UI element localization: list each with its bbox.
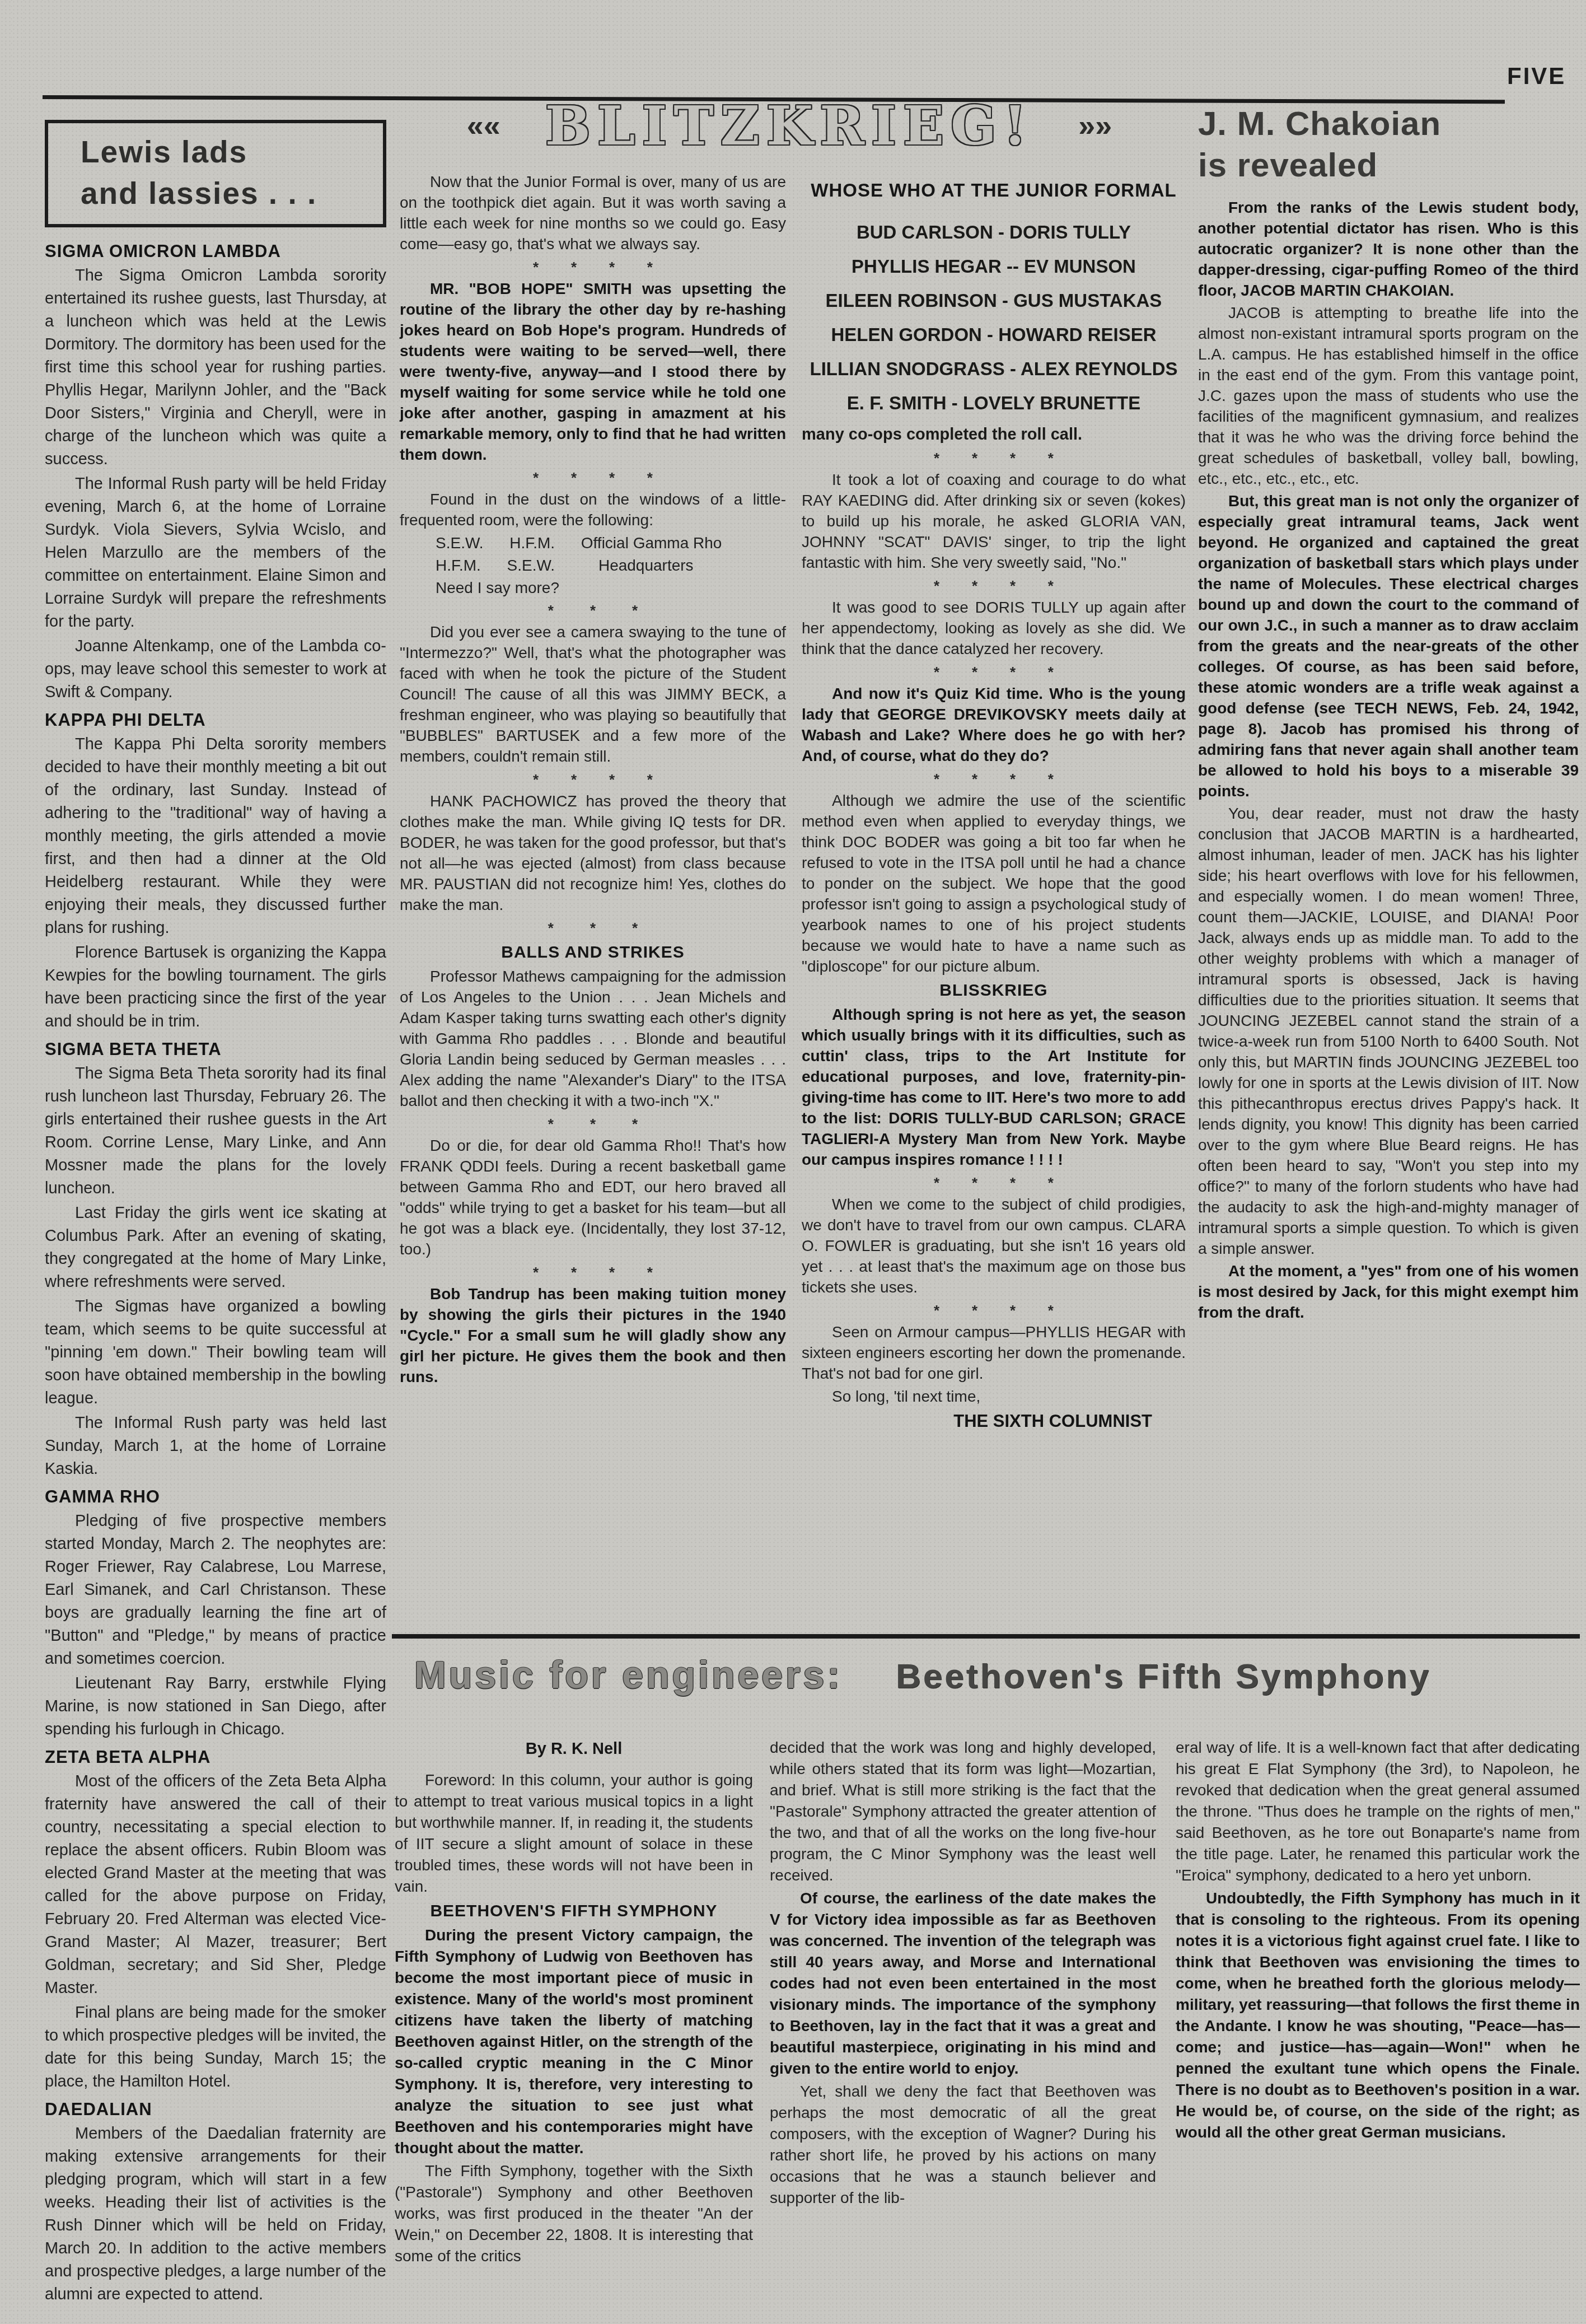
star-separator: * * * *	[802, 768, 1186, 790]
paragraph: The Sigma Omicron Lambda sorority entert…	[45, 264, 386, 471]
paragraph: Lieutenant Ray Barry, erstwhile Flying M…	[45, 1672, 386, 1741]
paragraph: Found in the dust on the windows of a li…	[400, 489, 786, 530]
music-headline-kicker: Music for engineers:	[414, 1653, 843, 1697]
star-separator: * * * *	[802, 1299, 1186, 1322]
star-separator: * * * *	[400, 1261, 786, 1284]
lewis-title-line1: Lewis lads	[81, 131, 377, 172]
section-heading-sigma-beta: SIGMA BETA THETA	[45, 1037, 386, 1062]
paragraph: Undoubtedly, the Fifth Symphony has much…	[1176, 1888, 1580, 2143]
paragraph: And now it's Quiz Kid time. Who is the y…	[802, 683, 1186, 766]
chakoian-column: From the ranks of the Lewis student body…	[1198, 197, 1579, 1324]
paragraph: Last Friday the girls went ice skating a…	[45, 1202, 386, 1294]
page-number: FIVE	[1507, 63, 1566, 90]
right-guillemets: »»	[1078, 109, 1112, 143]
section-heading-zeta-beta: ZETA BETA ALPHA	[45, 1744, 386, 1770]
music-column-3: eral way of life. It is a well-known fac…	[1176, 1737, 1580, 2145]
star-separator: * * *	[400, 599, 786, 622]
paragraph: Yet, shall we deny the fact that Beethov…	[770, 2081, 1156, 2209]
paragraph: Members of the Daedalian fraternity are …	[45, 2122, 386, 2306]
music-column-2: decided that the work was long and highl…	[770, 1737, 1156, 2210]
music-column-1: By R. K. Nell Foreword: In this column, …	[395, 1737, 753, 2269]
lewis-headline-box: Lewis lads and lassies . . .	[45, 120, 386, 227]
paragraph: Do or die, for dear old Gamma Rho!! That…	[400, 1135, 786, 1259]
blitzkrieg-column: Now that the Junior Formal is over, many…	[400, 171, 786, 1389]
couple-name: BUD CARLSON - DORIS TULLY	[802, 215, 1186, 249]
whose-who-column: WHOSE WHO AT THE JUNIOR FORMAL BUD CARLS…	[802, 178, 1186, 1434]
chakoian-headline: J. M. Chakoian is revealed	[1198, 103, 1584, 186]
paragraph: Although we admire the use of the scient…	[802, 790, 1186, 977]
couple-name: EILEEN ROBINSON - GUS MUSTAKAS	[802, 283, 1186, 318]
graffiti-line: H.F.M. S.E.W. Headquarters	[436, 554, 786, 577]
blitzkrieg-title: BLITZKRIEG!	[545, 94, 1033, 157]
paragraph: Now that the Junior Formal is over, many…	[400, 171, 786, 254]
whose-who-header: WHOSE WHO AT THE JUNIOR FORMAL	[802, 178, 1186, 203]
lewis-column: Lewis lads and lassies . . . SIGMA OMICR…	[45, 120, 386, 2308]
couple-name: PHYLLIS HEGAR -- EV MUNSON	[802, 249, 1186, 283]
graffiti-line: Need I say more?	[436, 577, 786, 599]
star-separator: * * * *	[400, 466, 786, 489]
star-separator: * * * *	[400, 256, 786, 278]
graffiti-line: S.E.W. H.F.M. Official Gamma Rho	[436, 532, 786, 554]
paragraph: At the moment, a "yes" from one of his w…	[1198, 1261, 1579, 1323]
section-heading-daedalian: DAEDALIAN	[45, 2097, 386, 2122]
star-separator: * * * *	[802, 1172, 1186, 1194]
music-section-rule	[392, 1634, 1580, 1639]
paragraph: The Informal Rush party was held last Su…	[45, 1412, 386, 1481]
paragraph: The Sigma Beta Theta sorority had its fi…	[45, 1062, 386, 1200]
paragraph: When we come to the subject of child pro…	[802, 1194, 1186, 1298]
paragraph: It took a lot of coaxing and courage to …	[802, 469, 1186, 573]
music-headline-title: Beethoven's Fifth Symphony	[896, 1656, 1431, 1696]
paragraph: HANK PACHOWICZ has proved the theory tha…	[400, 791, 786, 915]
signoff-line: So long, 'til next time,	[802, 1386, 1186, 1407]
paragraph: During the present Victory campaign, the…	[395, 1925, 753, 2159]
columnist-signature: THE SIXTH COLUMNIST	[802, 1408, 1186, 1434]
music-headline: Music for engineers: Beethoven's Fifth S…	[395, 1653, 1586, 1697]
paragraph: Professor Mathews campaigning for the ad…	[400, 966, 786, 1111]
paragraph: Most of the officers of the Zeta Beta Al…	[45, 1770, 386, 2000]
paragraph: Although spring is not here as yet, the …	[802, 1004, 1186, 1170]
paragraph: Of course, the earliness of the date mak…	[770, 1888, 1156, 2079]
star-separator: * * * *	[802, 447, 1186, 469]
subhead-beethovens-fifth: BEETHOVEN'S FIFTH SYMPHONY	[395, 1899, 753, 1924]
subhead-balls-and-strikes: BALLS AND STRIKES	[400, 940, 786, 965]
paragraph: decided that the work was long and highl…	[770, 1737, 1156, 1886]
paragraph: Florence Bartusek is organizing the Kapp…	[45, 941, 386, 1033]
chakoian-headline-line2: is revealed	[1198, 144, 1584, 186]
paragraph: You, dear reader, must not draw the hast…	[1198, 803, 1579, 1259]
paragraph: Pledging of five prospective members sta…	[45, 1510, 386, 1670]
star-separator: * * *	[400, 1113, 786, 1135]
paragraph: Did you ever see a camera swaying to the…	[400, 622, 786, 767]
paragraph: Bob Tandrup has been making tuition mone…	[400, 1284, 786, 1387]
paragraph: The Fifth Symphony, together with the Si…	[395, 2160, 753, 2267]
section-heading-kappa-phi: KAPPA PHI DELTA	[45, 707, 386, 733]
paragraph: Seen on Armour campus—PHYLLIS HEGAR with…	[802, 1322, 1186, 1384]
left-guillemets: ««	[467, 109, 500, 143]
blitzkrieg-headline: «« BLITZKRIEG! »»	[392, 94, 1187, 157]
roll-call-tagline: many co-ops completed the roll call.	[802, 422, 1186, 447]
paragraph: From the ranks of the Lewis student body…	[1198, 197, 1579, 301]
star-separator: * * *	[400, 917, 786, 939]
byline: By R. K. Nell	[395, 1737, 753, 1761]
paragraph: Joanne Altenkamp, one of the Lambda co-o…	[45, 635, 386, 704]
paragraph: The Sigmas have organized a bowling team…	[45, 1295, 386, 1410]
newspaper-page: { "page": { "number_label": "FIVE" }, "d…	[0, 0, 1586, 2324]
paragraph: The Informal Rush party will be held Fri…	[45, 473, 386, 633]
couple-name: E. F. SMITH - LOVELY BRUNETTE	[802, 386, 1186, 420]
paragraph: Final plans are being made for the smoke…	[45, 2001, 386, 2093]
chakoian-headline-line1: J. M. Chakoian	[1198, 103, 1584, 144]
lewis-title-line2: and lassies . . .	[81, 172, 377, 214]
section-heading-gamma-rho: GAMMA RHO	[45, 1484, 386, 1510]
paragraph: eral way of life. It is a well-known fac…	[1176, 1737, 1580, 1886]
star-separator: * * * *	[802, 661, 1186, 683]
paragraph: But, this great man is not only the orga…	[1198, 491, 1579, 801]
paragraph: Foreword: In this column, your author is…	[395, 1770, 753, 1897]
paragraph: It was good to see DORIS TULLY up again …	[802, 597, 1186, 659]
paragraph: JACOB is attempting to breathe life into…	[1198, 302, 1579, 489]
star-separator: * * * *	[802, 575, 1186, 597]
couple-name: HELEN GORDON - HOWARD REISER	[802, 318, 1186, 352]
section-heading-sigma-omicron: SIGMA OMICRON LAMBDA	[45, 239, 386, 264]
couple-name: LILLIAN SNODGRASS - ALEX REYNOLDS	[802, 352, 1186, 386]
paragraph: The Kappa Phi Delta sorority members dec…	[45, 733, 386, 940]
subhead-blisskrieg: BLISSKRIEG	[802, 978, 1186, 1003]
star-separator: * * * *	[400, 768, 786, 791]
paragraph: MR. "BOB HOPE" SMITH was upsetting the r…	[400, 278, 786, 465]
